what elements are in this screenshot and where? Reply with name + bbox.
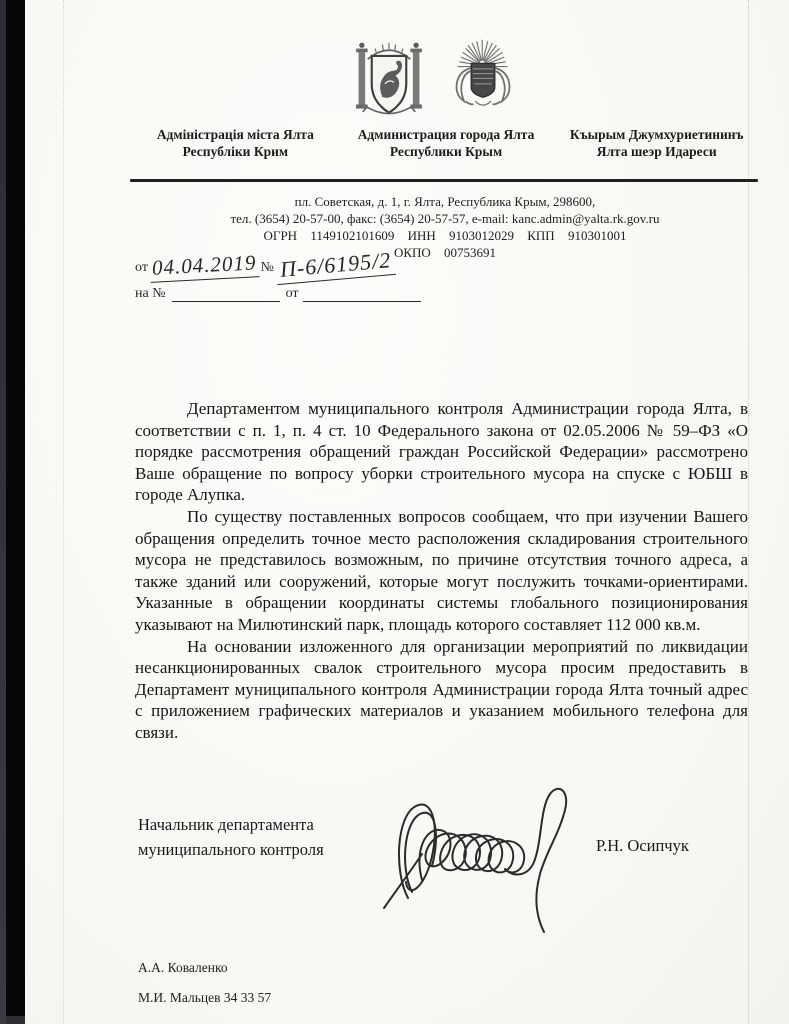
handwritten-date: 04.04.2019: [149, 250, 259, 283]
org-name-line: Республіки Крим: [130, 143, 341, 160]
header-divider-rule: [130, 179, 758, 182]
signer-position-line: муниципального контроля: [138, 837, 324, 862]
org-name-line: Администрация города Ялта: [341, 126, 552, 143]
signature-scribble: [378, 780, 593, 938]
scan-edge-black-band-foot: [6, 1016, 25, 1024]
reply-to-label: на №: [135, 286, 166, 302]
org-name-crimean-tatar: Къырым Джумхуриетининъ Ялта шеэр Идареси: [551, 126, 762, 160]
body-paragraph-3: На основании изложенного для организации…: [135, 636, 748, 744]
header-emblems: [352, 26, 542, 122]
executor-name-2: М.И. Мальцев 34 33 57: [138, 990, 271, 1006]
org-name-line: Республики Крым: [341, 143, 552, 160]
number-sign-label: №: [260, 260, 273, 280]
signer-position-line: Начальник департамента: [138, 812, 324, 837]
org-name-line: Ялта шеэр Идареси: [551, 143, 762, 160]
reply-number-blank: [172, 287, 280, 302]
contact-registry-codes: ОГРН 1149102101609 ИНН 9103012029 КПП 91…: [135, 227, 755, 244]
paper-crease-left: [63, 0, 64, 1024]
signer-name: Р.Н. Осипчук: [596, 836, 689, 856]
crimea-coat-of-arms-icon: [352, 36, 426, 122]
contact-address: пл. Советская, д. 1, г. Ялта, Республика…: [135, 193, 755, 210]
outgoing-reference-line: от 04.04.2019 № П-6/6195/2: [135, 246, 465, 280]
executor-name-1: А.А. Коваленко: [138, 960, 271, 976]
reply-from-label: от: [286, 286, 299, 302]
yalta-coat-of-arms-icon: [442, 30, 524, 122]
org-name-line: Къырым Джумхуриетининъ: [551, 126, 762, 143]
body-paragraph-2: По существу поставленных вопросов сообща…: [135, 506, 748, 636]
scan-edge-black-band: [6, 0, 25, 1016]
executors-block: А.А. Коваленко М.И. Мальцев 34 33 57: [138, 960, 271, 1020]
org-name-ukrainian: Адміністрація міста Ялта Республіки Крим: [130, 126, 341, 160]
body-paragraph-1: Департаментом муниципального контроля Ад…: [135, 398, 748, 506]
org-name-row: Адміністрація міста Ялта Республіки Крим…: [130, 126, 762, 160]
handwritten-outgoing-number: П-6/6195/2: [275, 247, 396, 285]
signer-position: Начальник департамента муниципального ко…: [138, 812, 324, 862]
from-label: от: [135, 260, 148, 280]
letter-body: Департаментом муниципального контроля Ад…: [135, 398, 748, 744]
reference-block: от 04.04.2019 № П-6/6195/2 на № от: [135, 246, 465, 302]
org-name-line: Адміністрація міста Ялта: [130, 126, 341, 143]
reply-date-blank: [303, 287, 421, 302]
scanned-letter-page: Адміністрація міста Ялта Республіки Крим…: [0, 0, 789, 1024]
org-name-russian: Администрация города Ялта Республики Кры…: [341, 126, 552, 160]
incoming-reference-line: на № от: [135, 284, 465, 302]
contact-phone-email: тел. (3654) 20-57-00, факс: (3654) 20-57…: [135, 210, 755, 227]
